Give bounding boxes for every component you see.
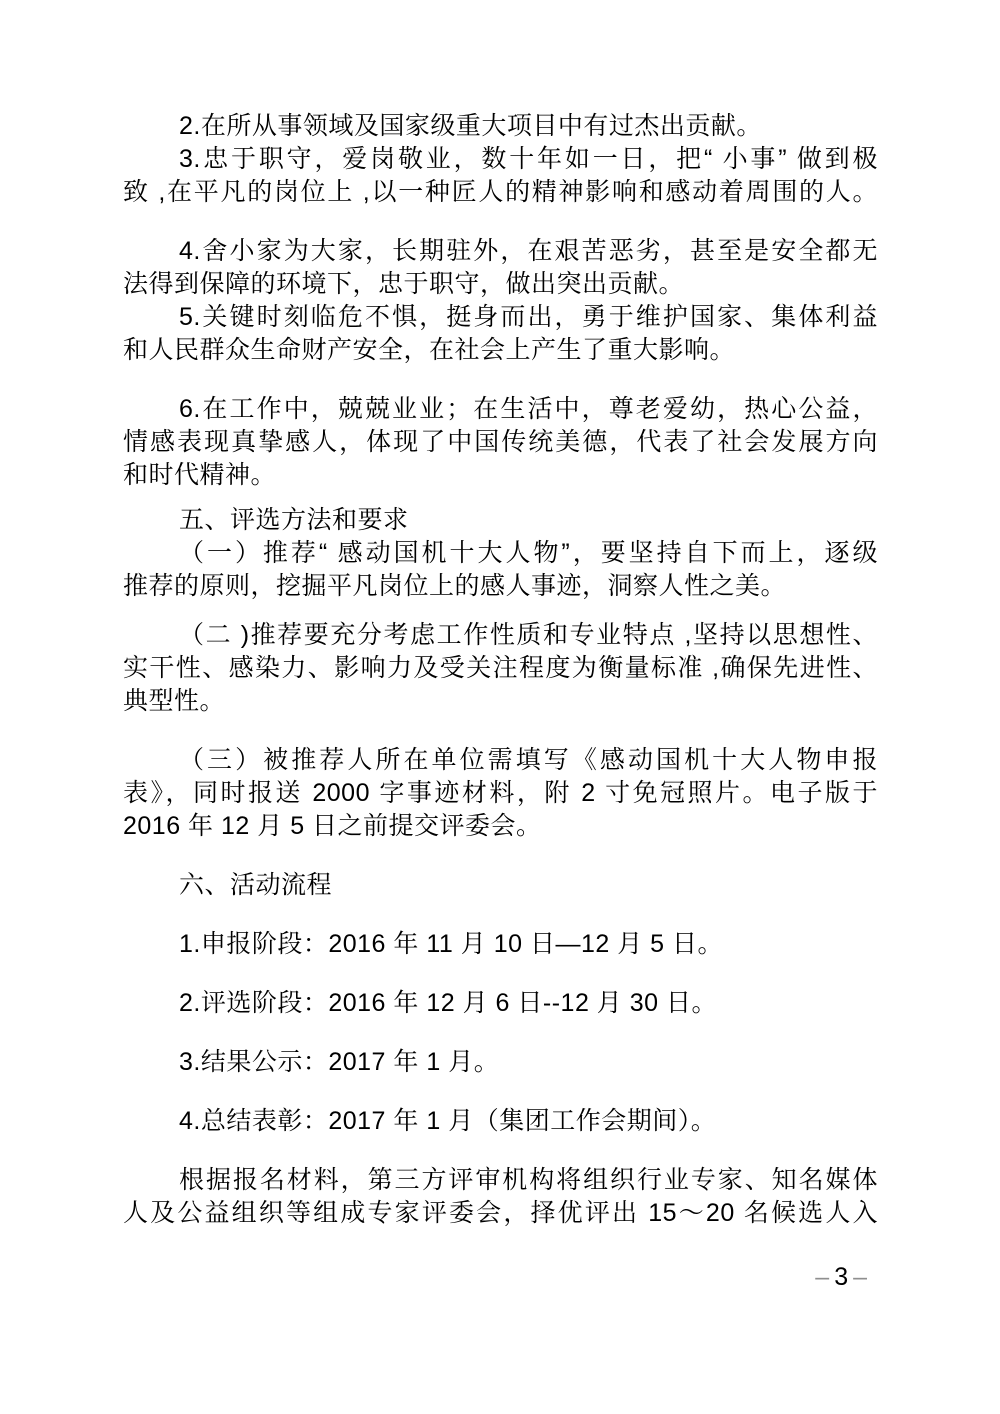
heading-line: 五、评选方法和要求 (123, 504, 878, 537)
text-line: 法得到保障的环境下，忠于职守，做出突出贡献。 (123, 268, 878, 301)
section-heading: 六、活动流程 (123, 869, 878, 902)
paragraph: 根据报名材料，第三方评审机构将组织行业专家、知名媒体 人及公益组织等组成专家评委… (123, 1164, 878, 1230)
text-line: 3.结果公示：2017 年 1 月。 (123, 1046, 878, 1079)
text-line: 表》，同时报送 2000 字事迹材料，附 2 寸免冠照片。电子版于 (123, 777, 878, 810)
text-line: 和时代精神。 (123, 459, 878, 492)
heading-line: 六、活动流程 (123, 869, 878, 902)
text-line: 根据报名材料，第三方评审机构将组织行业专家、知名媒体 (123, 1164, 878, 1197)
text-line: 6.在工作中，兢兢业业；在生活中，尊老爱幼，热心公益， (123, 393, 878, 426)
text-line: 4.舍小家为大家，长期驻外，在艰苦恶劣，甚至是安全都无 (123, 235, 878, 268)
paragraph: 3.结果公示：2017 年 1 月。 (123, 1046, 878, 1079)
text-line: 推荐的原则，挖掘平凡岗位上的感人事迹，洞察人性之美。 (123, 570, 878, 603)
paragraph: 4.总结表彰：2017 年 1 月（集团工作会期间）。 (123, 1105, 878, 1138)
section-heading: 五、评选方法和要求 (123, 504, 878, 537)
text-line: 2016 年 12 月 5 日之前提交评委会。 (123, 810, 878, 843)
text-line: 1.申报阶段：2016 年 11 月 10 日—12 月 5 日。 (123, 928, 878, 961)
paragraph: （二 )推荐要充分考虑工作性质和专业特点 ,坚持以思想性、 实干性、感染力、影响… (123, 619, 878, 718)
text-line: 人及公益组织等组成专家评委会，择优评出 15～20 名候选人入 (123, 1197, 878, 1230)
page-number-dash-right: – (853, 1263, 867, 1291)
paragraph: 4.舍小家为大家，长期驻外，在艰苦恶劣，甚至是安全都无 法得到保障的环境下，忠于… (123, 235, 878, 301)
text-line: 4.总结表彰：2017 年 1 月（集团工作会期间）。 (123, 1105, 878, 1138)
document-page: 2.在所从事领域及国家级重大项目中有过杰出贡献。 3.忠于职守，爱岗敬业，数十年… (0, 0, 1000, 1414)
paragraph: 1.申报阶段：2016 年 11 月 10 日—12 月 5 日。 (123, 928, 878, 961)
text-line: 5.关键时刻临危不惧，挺身而出，勇于维护国家、集体利益 (123, 301, 878, 334)
paragraph: （一）推荐“ 感动国机十大人物”，要坚持自下而上，逐级 推荐的原则，挖掘平凡岗位… (123, 537, 878, 603)
text-line: 情感表现真挚感人，体现了中国传统美德，代表了社会发展方向 (123, 426, 878, 459)
text-line: 2.评选阶段：2016 年 12 月 6 日--12 月 30 日。 (123, 987, 878, 1020)
page-number-value: 3 (834, 1263, 848, 1291)
text-line: 致 ,在平凡的岗位上 ,以一种匠人的精神影响和感动着周围的人。 (123, 176, 878, 209)
page-number-dash-left: – (815, 1263, 829, 1291)
text-line: 实干性、感染力、影响力及受关注程度为衡量标准 ,确保先进性、 (123, 652, 878, 685)
document-body: 2.在所从事领域及国家级重大项目中有过杰出贡献。 3.忠于职守，爱岗敬业，数十年… (123, 110, 878, 1230)
text-line: 2.在所从事领域及国家级重大项目中有过杰出贡献。 (123, 110, 878, 143)
text-line: （三）被推荐人所在单位需填写《感动国机十大人物申报 (123, 744, 878, 777)
text-line: 典型性。 (123, 685, 878, 718)
text-line: （二 )推荐要充分考虑工作性质和专业特点 ,坚持以思想性、 (123, 619, 878, 652)
paragraph: 6.在工作中，兢兢业业；在生活中，尊老爱幼，热心公益， 情感表现真挚感人，体现了… (123, 393, 878, 492)
paragraph: （三）被推荐人所在单位需填写《感动国机十大人物申报 表》，同时报送 2000 字… (123, 744, 878, 843)
paragraph: 2.评选阶段：2016 年 12 月 6 日--12 月 30 日。 (123, 987, 878, 1020)
text-line: 3.忠于职守，爱岗敬业，数十年如一日，把“ 小事” 做到极 (123, 143, 878, 176)
paragraph: 3.忠于职守，爱岗敬业，数十年如一日，把“ 小事” 做到极 致 ,在平凡的岗位上… (123, 143, 878, 209)
paragraph: 5.关键时刻临危不惧，挺身而出，勇于维护国家、集体利益 和人民群众生命财产安全，… (123, 301, 878, 367)
text-line: （一）推荐“ 感动国机十大人物”，要坚持自下而上，逐级 (123, 537, 878, 570)
page-number: –3– (810, 1262, 872, 1292)
paragraph: 2.在所从事领域及国家级重大项目中有过杰出贡献。 (123, 110, 878, 143)
text-line: 和人民群众生命财产安全，在社会上产生了重大影响。 (123, 334, 878, 367)
